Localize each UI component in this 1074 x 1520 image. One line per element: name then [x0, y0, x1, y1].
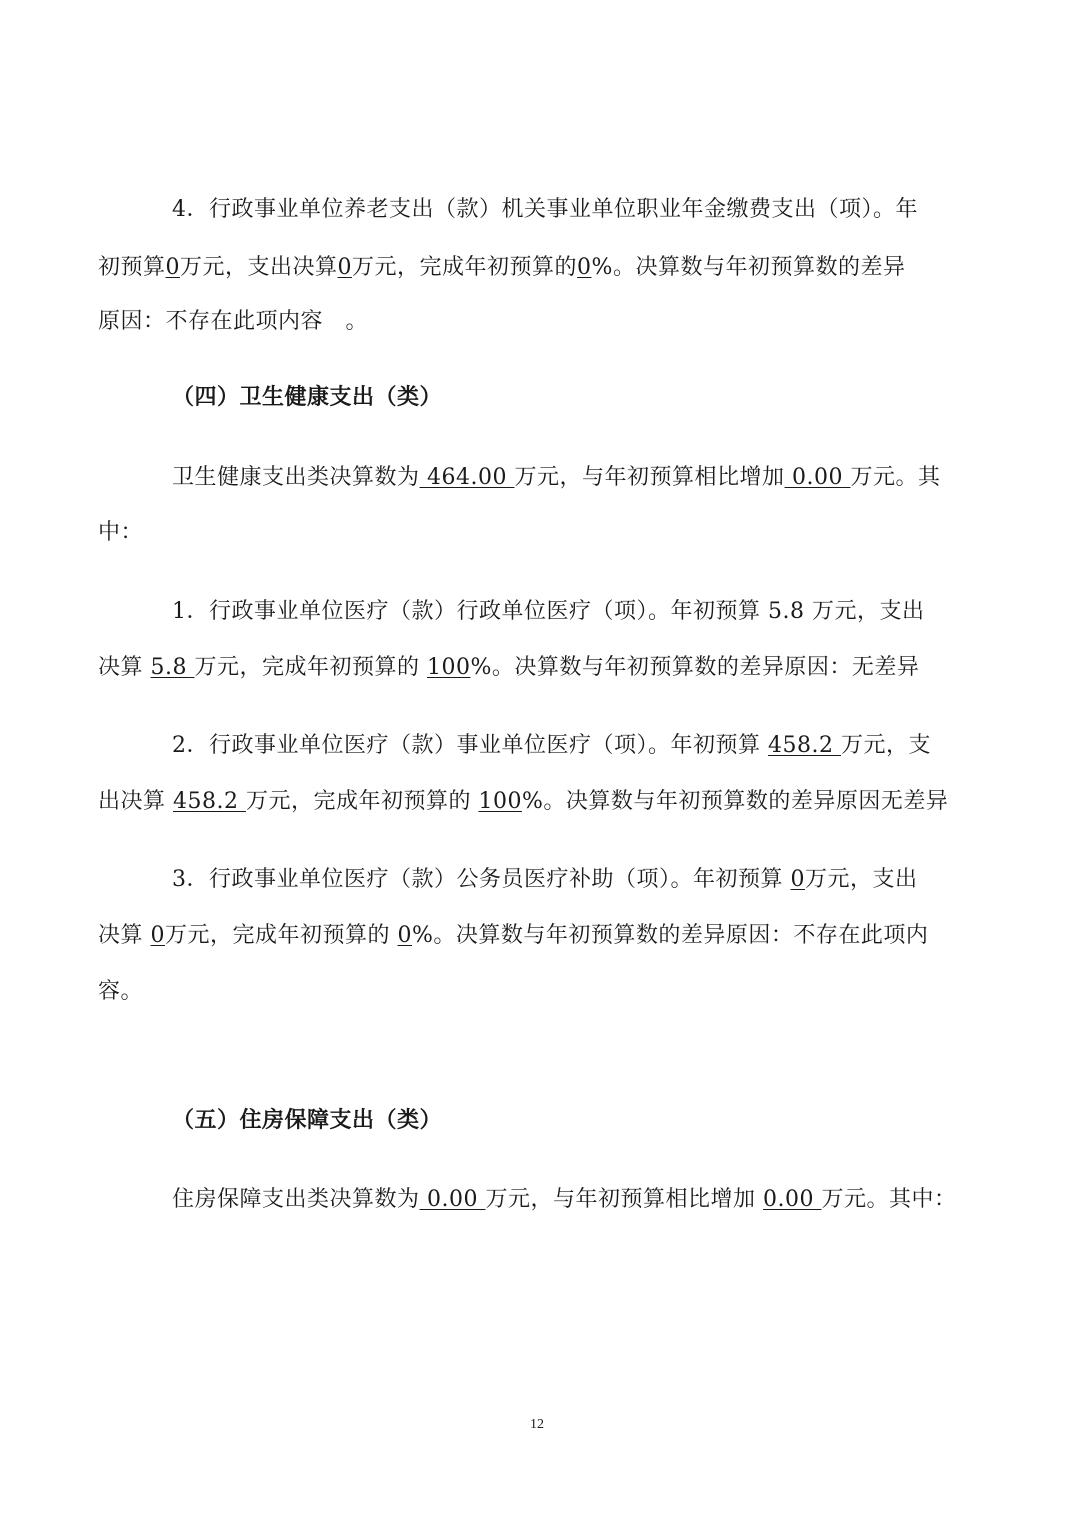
section4-summary-cont: 中：: [98, 518, 143, 548]
underlined-value: 0: [166, 255, 181, 280]
text: 万元，与年初预算相比增加: [514, 465, 784, 490]
section4-heading: （四）卫生健康支出（类）: [172, 383, 442, 413]
text: 卫生健康支出类决算数为: [172, 465, 420, 490]
section4-item2-line1: 2．行政事业单位医疗（款）事业单位医疗（项）。年初预算 458.2 万元，支: [172, 731, 931, 761]
underlined-value: 0: [338, 255, 353, 280]
underlined-value: 464.00: [420, 465, 515, 490]
text: 万元，完成年初预算的: [194, 655, 427, 680]
text: 万元，完成年初预算的: [165, 923, 398, 948]
text: 2．行政事业单位医疗（款）事业单位医疗（项）。年初预算: [172, 733, 768, 758]
section5-heading: （五）住房保障支出（类）: [172, 1106, 442, 1136]
section4-summary: 卫生健康支出类决算数为 464.00 万元，与年初预算相比增加 0.00 万元。…: [172, 463, 941, 493]
page-number: 12: [0, 1417, 1074, 1433]
section4-item3-line2: 决算 0万元，完成年初预算的 0%。决算数与年初预算数的差异原因：不存在此项内: [98, 921, 928, 951]
underlined-value: 0: [398, 923, 413, 948]
section4-item3-line1: 3．行政事业单位医疗（款）公务员医疗补助（项）。年初预算 0万元，支出: [172, 865, 918, 895]
underlined-value: 0: [151, 923, 166, 948]
underlined-value: 0.00: [420, 1187, 486, 1212]
section4-item2-line2: 出决算 458.2 万元，完成年初预算的 100%。决算数与年初预算数的差异原因…: [98, 787, 948, 817]
text: 4．行政事业单位养老支出（款）机关事业单位职业年金缴费支出（项）。年: [172, 197, 918, 222]
text: 住房保障支出类决算数为: [172, 1187, 420, 1212]
text: 原因：不存在此项内容 。: [98, 309, 368, 334]
underlined-value: 100: [427, 655, 471, 680]
text: 初预算: [98, 255, 166, 280]
item4-line2: 初预算0万元，支出决算0万元，完成年初预算的0%。决算数与年初预算数的差异: [98, 253, 905, 283]
text: 决算: [98, 923, 151, 948]
text: 万元，支出: [805, 867, 918, 892]
text: 万元，与年初预算相比增加: [486, 1187, 764, 1212]
text: 万元。其中：: [821, 1187, 956, 1212]
text: %。决算数与年初预算数的差异原因：无差异: [470, 655, 919, 680]
underlined-value: 0: [577, 255, 592, 280]
underlined-value: 458.2: [173, 789, 246, 814]
underlined-value: 100: [478, 789, 522, 814]
text: 3．行政事业单位医疗（款）公务员医疗补助（项）。年初预算: [172, 867, 791, 892]
underlined-value: 5.8: [151, 655, 195, 680]
section5-summary: 住房保障支出类决算数为 0.00 万元，与年初预算相比增加 0.00 万元。其中…: [172, 1185, 957, 1215]
item4-line1: 4．行政事业单位养老支出（款）机关事业单位职业年金缴费支出（项）。年: [172, 195, 918, 225]
section4-item3-line3: 容。: [98, 977, 143, 1007]
text: %。决算数与年初预算数的差异原因：不存在此项内: [412, 923, 928, 948]
text: 万元，完成年初预算的: [352, 255, 577, 280]
document-page: 4．行政事业单位养老支出（款）机关事业单位职业年金缴费支出（项）。年 初预算0万…: [0, 0, 1074, 1520]
underlined-value: 0.00: [763, 1187, 821, 1212]
text: 出决算: [98, 789, 173, 814]
text: 决算: [98, 655, 151, 680]
section4-item1-line2: 决算 5.8 万元，完成年初预算的 100%。决算数与年初预算数的差异原因：无差…: [98, 653, 919, 683]
text: %。决算数与年初预算数的差异原因无差异: [522, 789, 948, 814]
text: 万元，支: [841, 733, 931, 758]
underlined-value: 458.2: [768, 733, 841, 758]
underlined-value: 0.00: [785, 465, 851, 490]
text: 万元，完成年初预算的: [246, 789, 479, 814]
text: %。决算数与年初预算数的差异: [592, 255, 906, 280]
text: 万元，支出决算: [180, 255, 338, 280]
underlined-value: 0: [791, 867, 806, 892]
text: 万元。其: [850, 465, 940, 490]
section4-item1-line1: 1．行政事业单位医疗（款）行政单位医疗（项）。年初预算 5.8 万元，支出: [172, 597, 924, 627]
item4-line3: 原因：不存在此项内容 。: [98, 307, 368, 337]
